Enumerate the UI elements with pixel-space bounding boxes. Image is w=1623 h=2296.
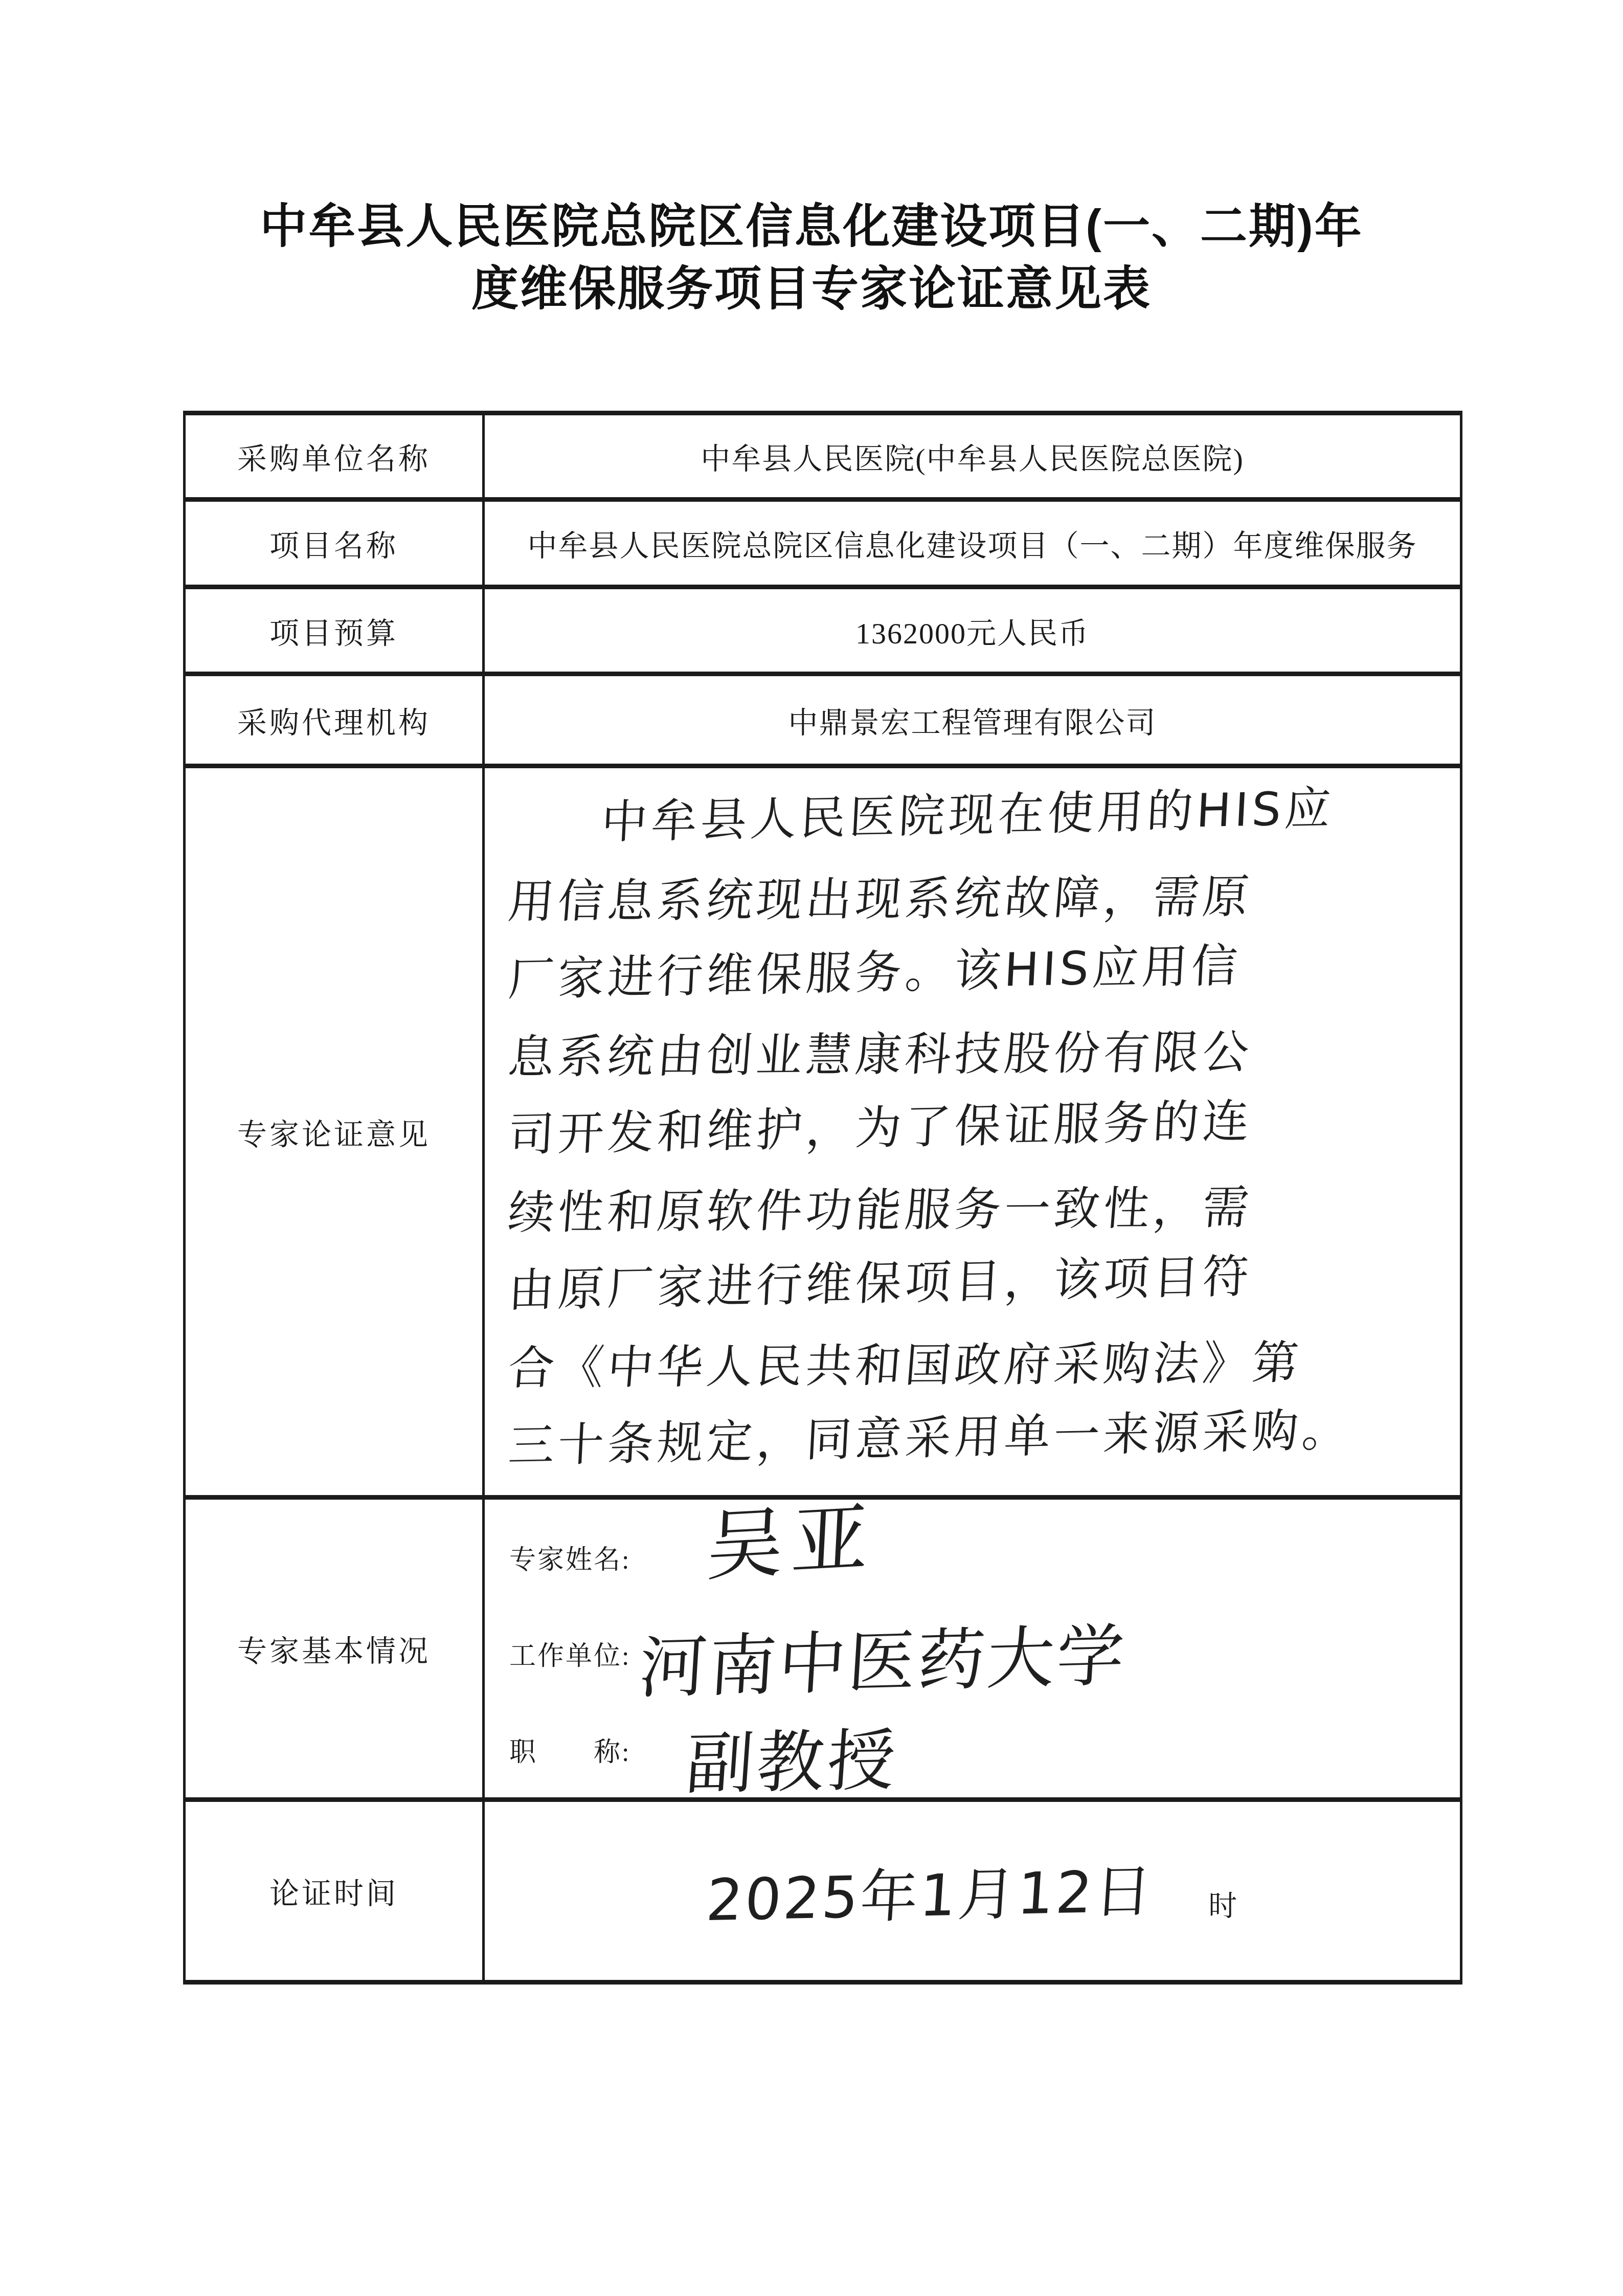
scanned-form-page: 中牟县人民医院总院区信息化建设项目(一、二期)年 度维保服务项目专家论证意见表 … xyxy=(0,0,1623,2296)
table-row-expert-opinion: 专家论证意见 中牟县人民医院现在使用的HIS应 用信息系统现出现系统故障，需原 … xyxy=(185,766,1461,1498)
table-row-demonstration-time: 论证时间 2025年1月12日 时 xyxy=(185,1800,1461,1982)
row-value-project-name: 中牟县人民医院总院区信息化建设项目（一、二期）年度维保服务 xyxy=(484,500,1461,587)
expert-name-signature: 吴亚 xyxy=(705,1476,880,1595)
expert-opinion-handwritten-text: 中牟县人民医院现在使用的HIS应 用信息系统现出现系统故障，需原 厂家进行维保服… xyxy=(484,766,1461,1498)
work-unit-handwritten: 河南中医药大学 xyxy=(637,1601,1130,1711)
row-value-project-budget: 1362000元人民币 xyxy=(484,587,1461,674)
work-unit-label: 工作单位: xyxy=(509,1634,630,1673)
title-line-2: 度维保服务项目专家论证意见表 xyxy=(0,258,1623,320)
expert-basic-info-fields: 专家姓名: 吴亚 工作单位: 河南中医药大学 职 称: 副教授 xyxy=(484,1498,1461,1800)
work-unit-field: 工作单位: 河南中医药大学 xyxy=(509,1605,1460,1701)
row-value-procurement-agency: 中鼎景宏工程管理有限公司 xyxy=(484,674,1461,766)
row-label-demonstration-time: 论证时间 xyxy=(185,1800,484,1982)
table-row-project-budget: 项目预算 1362000元人民币 xyxy=(185,587,1461,674)
row-label-expert-opinion: 专家论证意见 xyxy=(185,766,484,1498)
expert-name-label: 专家姓名: xyxy=(509,1538,630,1576)
row-value-purchasing-unit: 中牟县人民医院(中牟县人民医院总医院) xyxy=(484,413,1461,500)
job-title-field: 职 称: 副教授 xyxy=(509,1701,1460,1797)
row-label-expert-basic-info: 专家基本情况 xyxy=(185,1498,484,1800)
table-row-project-name: 项目名称 中牟县人民医院总院区信息化建设项目（一、二期）年度维保服务 xyxy=(185,500,1461,587)
opinion-line: 中牟县人民医院现在使用的HIS应 xyxy=(506,768,1451,864)
expert-name-field: 专家姓名: 吴亚 xyxy=(509,1509,1460,1605)
document-title: 中牟县人民医院总院区信息化建设项目(一、二期)年 度维保服务项目专家论证意见表 xyxy=(0,195,1623,320)
job-title-label: 职 称: xyxy=(509,1730,630,1769)
job-title-handwritten: 副教授 xyxy=(684,1706,902,1807)
row-label-project-name: 项目名称 xyxy=(185,500,484,587)
expert-opinion-form-table: 采购单位名称 中牟县人民医院(中牟县人民医院总医院) 项目名称 中牟县人民医院总… xyxy=(183,411,1462,1985)
row-label-purchasing-unit: 采购单位名称 xyxy=(185,413,484,500)
row-label-procurement-agency: 采购代理机构 xyxy=(185,674,484,766)
demonstration-date-handwritten: 2025年1月12日 xyxy=(704,1845,1157,1937)
hour-suffix-printed: 时 xyxy=(1208,1890,1238,1922)
table-row-purchasing-unit: 采购单位名称 中牟县人民医院(中牟县人民医院总医院) xyxy=(185,413,1461,500)
table-row-procurement-agency: 采购代理机构 中鼎景宏工程管理有限公司 xyxy=(185,674,1461,766)
demonstration-time-value: 2025年1月12日 时 xyxy=(484,1800,1461,1982)
title-line-1: 中牟县人民医院总院区信息化建设项目(一、二期)年 xyxy=(0,195,1623,258)
row-label-project-budget: 项目预算 xyxy=(185,587,484,674)
table-row-expert-basic-info: 专家基本情况 专家姓名: 吴亚 工作单位: 河南中医药大学 职 称: 副教授 xyxy=(185,1498,1461,1800)
